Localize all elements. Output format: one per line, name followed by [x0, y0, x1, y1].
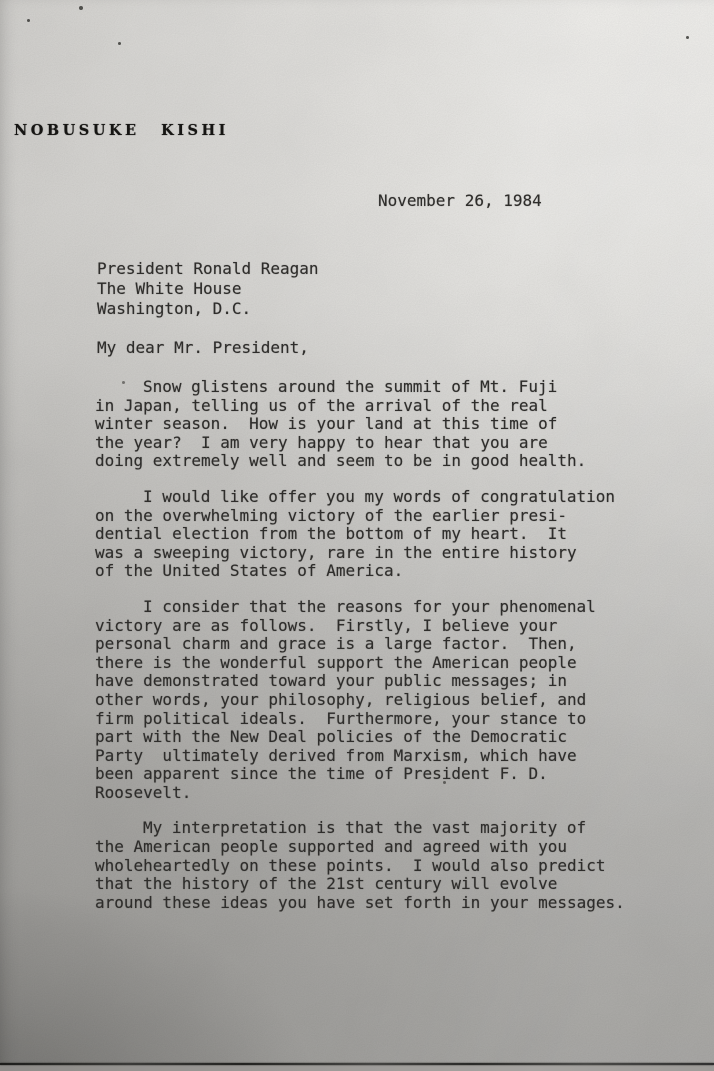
paragraph-2: I would like offer you my words of congr…	[95, 488, 700, 581]
scan-speck	[79, 6, 83, 10]
letter-date: November 26, 1984	[378, 192, 542, 211]
recipient-org-line: The White House	[97, 279, 319, 299]
scan-speck	[686, 36, 689, 39]
scan-bottom-strip	[0, 1064, 714, 1071]
letter-body: Snow glistens around the summit of Mt. F…	[95, 378, 700, 929]
recipient-name-line: President Ronald Reagan	[97, 259, 319, 279]
scan-speck	[122, 381, 125, 384]
recipient-address-block: President Ronald Reagan The White House …	[97, 259, 319, 319]
paragraph-1: Snow glistens around the summit of Mt. F…	[95, 378, 700, 471]
scan-speck	[27, 19, 30, 22]
scan-bottom-edge-line	[0, 1063, 714, 1066]
letterhead-name: NOBUSUKE KISHI	[14, 122, 229, 139]
paragraph-4: My interpretation is that the vast major…	[95, 819, 700, 912]
salutation: My dear Mr. President,	[97, 339, 309, 358]
paragraph-3: I consider that the reasons for your phe…	[95, 598, 700, 803]
scan-speck	[118, 42, 121, 45]
scan-speck	[443, 781, 446, 784]
recipient-city-line: Washington, D.C.	[97, 299, 319, 319]
scanned-letter-page: NOBUSUKE KISHI November 26, 1984 Preside…	[0, 0, 714, 1071]
